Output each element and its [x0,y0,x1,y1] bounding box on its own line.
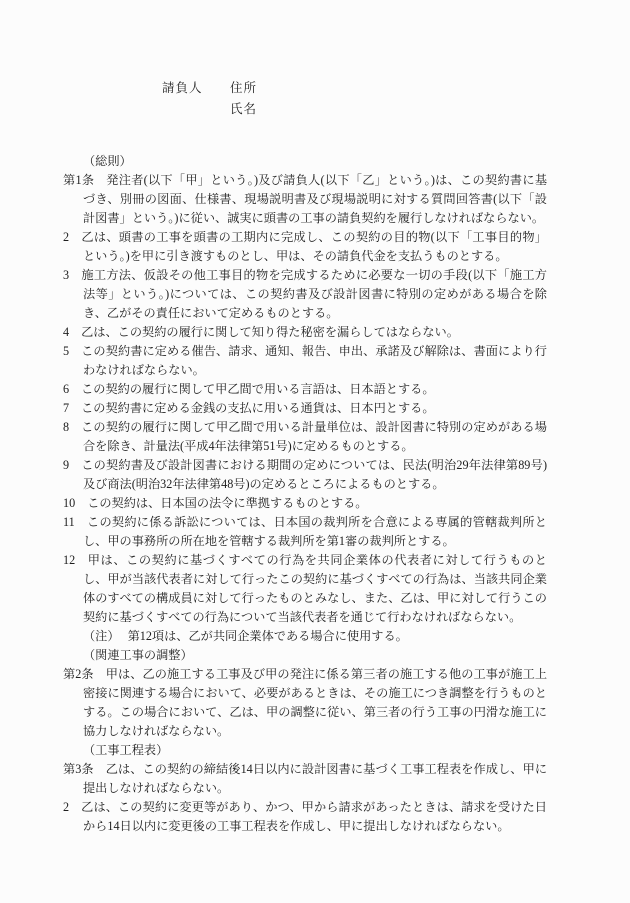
article-1-number: 第1条 [63,173,94,187]
article-2-text: 甲は、乙の施工する工事及び甲の発注に係る第三者の施工する他の工事が施工上密接に関… [83,667,547,738]
article-1-text: 発注者(以下「甲」という。)及び請負人(以下「乙」という。)は、この契約書に基づ… [83,173,547,225]
item-number: 2 [63,800,69,814]
item-number: 5 [63,344,69,358]
item-number: 8 [63,420,69,434]
article-1-item-8: 8この契約の履行に関して甲乙間で用いる計量単位は、設計図書に特別の定めがある場合… [63,418,547,456]
note-text: 第12項は、乙が共同企業体である場合に使用する。 [128,629,408,643]
contractor-label: 請負人 [162,78,203,99]
article-1-item-10: 10この契約は、日本国の法令に準拠するものとする。 [63,494,547,513]
item-text: この契約書に定める金銭の支払に用いる通貨は、日本円とする。 [81,401,434,415]
article-1-item-7: 7この契約書に定める金銭の支払に用いる通貨は、日本円とする。 [63,399,547,418]
contract-document-page: 請負人 住所 氏名 （総則） 第1条発注者(以下「甲」という。)及び請負人(以下… [0,0,630,903]
item-text: この契約に係る訴訟については、日本国の裁判所を合意による専属的管轄裁判所とし、甲… [83,515,547,548]
heading-general-provisions: （総則） [63,152,547,171]
item-number: 6 [63,382,69,396]
article-2: 第2条甲は、乙の施工する工事及び甲の発注に係る第三者の施工する他の工事が施工上密… [63,665,547,741]
item-text: この契約の履行に関して甲乙間で用いる計量単位は、設計図書に特別の定めがある場合を… [81,420,547,453]
article-1-item-11: 11この契約に係る訴訟については、日本国の裁判所を合意による専属的管轄裁判所とし… [63,513,547,551]
item-text: この契約書及び設計図書における期間の定めについては、民法(明治29年法律第89号… [81,458,547,491]
article-3-item-2: 2乙は、この契約に変更等があり、かつ、甲から請求があったときは、請求を受けた日か… [63,798,547,836]
item-number: 2 [63,230,69,244]
article-3-text: 乙は、この契約の締結後14日以内に設計図書に基づく工事工程表を作成し、甲に提出し… [83,762,547,795]
article-1-item-12: 12甲は、この契約に基づくすべての行為を共同企業体の代表者に対して行うものとし、… [63,551,547,627]
heading-work-schedule: （工事工程表） [63,741,547,760]
item-text: 施工方法、仮設その他工事目的物を完成するために必要な一切の手段(以下「施工方法等… [81,268,547,320]
item-number: 12 [63,553,75,567]
name-label: 氏名 [230,99,257,120]
item-number: 11 [63,515,75,529]
item-number: 3 [63,268,69,282]
item-text: 乙は、頭書の工事を頭書の工期内に完成し、この契約の目的物(以下「工事目的物」とい… [81,230,547,263]
contract-body: （総則） 第1条発注者(以下「甲」という。)及び請負人(以下「乙」という。)は、… [63,152,547,836]
contractor-fields: 住所 氏名 [230,78,257,120]
item-number: 9 [63,458,69,472]
article-1-item-4: 4乙は、この契約の履行に関して知り得た秘密を漏らしてはならない。 [63,323,547,342]
item-number: 10 [63,496,75,510]
item-text: この契約書に定める催告、請求、通知、報告、申出、承諾及び解除は、書面により行わな… [81,344,547,377]
article-1-item-3: 3施工方法、仮設その他工事目的物を完成するために必要な一切の手段(以下「施工方法… [63,266,547,323]
item-number: 4 [63,325,69,339]
article-3-number: 第3条 [63,762,94,776]
article-1-item-6: 6この契約の履行に関して甲乙間で用いる言語は、日本語とする。 [63,380,547,399]
item-number: 7 [63,401,69,415]
article-1: 第1条発注者(以下「甲」という。)及び請負人(以下「乙」という。)は、この契約書… [63,171,547,228]
article-3: 第3条乙は、この契約の締結後14日以内に設計図書に基づく工事工程表を作成し、甲に… [63,760,547,798]
article-2-number: 第2条 [63,667,94,681]
item-text: 乙は、この契約の履行に関して知り得た秘密を漏らしてはならない。 [81,325,459,339]
item-text: 甲は、この契約に基づくすべての行為を共同企業体の代表者に対して行うものとし、甲が… [83,553,547,624]
item-text: この契約の履行に関して甲乙間で用いる言語は、日本語とする。 [81,382,434,396]
item-text: 乙は、この契約に変更等があり、かつ、甲から請求があったときは、請求を受けた日から… [81,800,547,833]
item-text: この契約は、日本国の法令に準拠するものとする。 [87,496,367,510]
note-joint-venture: （注）第12項は、乙が共同企業体である場合に使用する。 [63,627,547,646]
article-1-item-9: 9この契約書及び設計図書における期間の定めについては、民法(明治29年法律第89… [63,456,547,494]
heading-related-works-coordination: （関連工事の調整） [63,646,547,665]
article-1-item-2: 2乙は、頭書の工事を頭書の工期内に完成し、この契約の目的物(以下「工事目的物」と… [63,228,547,266]
address-label: 住所 [230,78,257,99]
note-label: （注） [83,629,120,643]
article-1-item-5: 5この契約書に定める催告、請求、通知、報告、申出、承諾及び解除は、書面により行わ… [63,342,547,380]
